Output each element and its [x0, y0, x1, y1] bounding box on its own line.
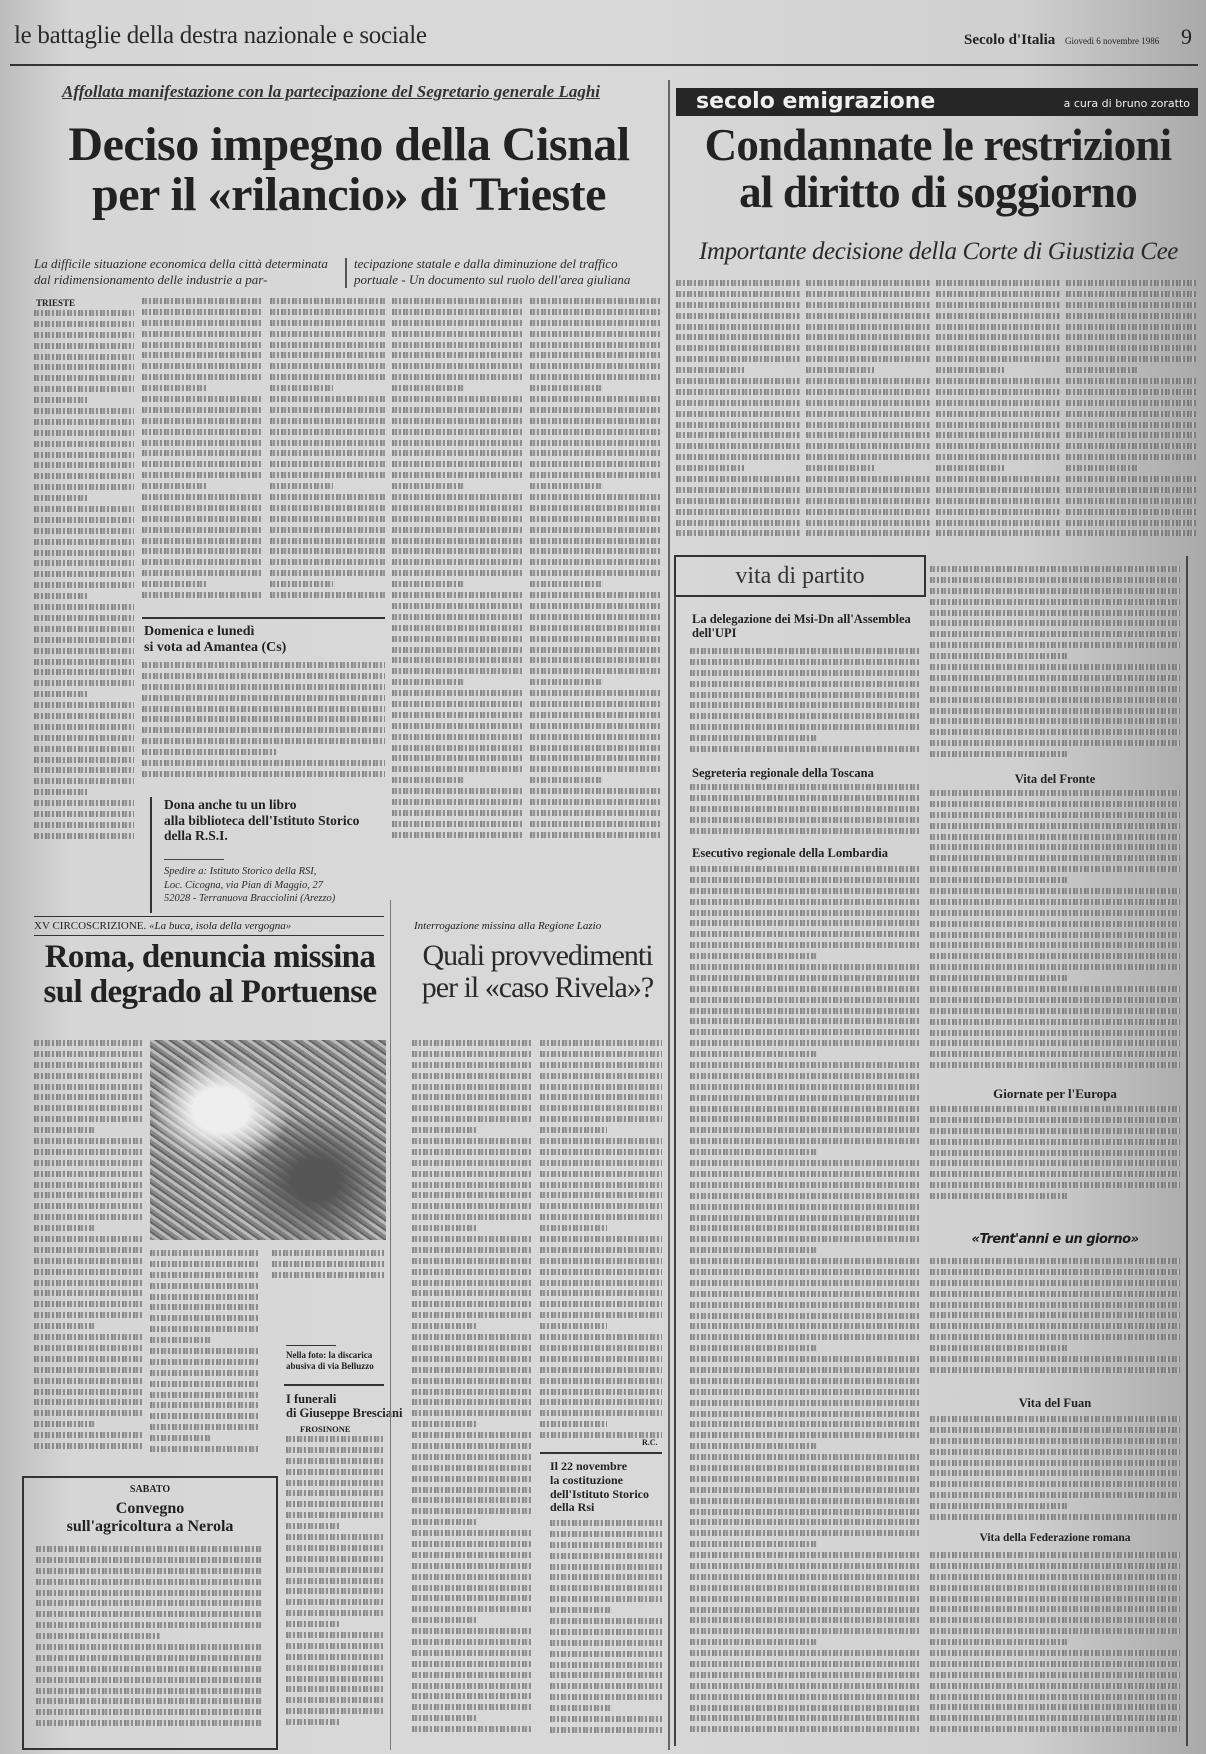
- caption-rule: [286, 1345, 336, 1346]
- emigration-banner: secolo emigrazione a cura di bruno zorat…: [676, 88, 1198, 116]
- rsi-headline: Il 22 novembre la costituzione dell'Isti…: [550, 1460, 649, 1515]
- rsi-headline-line4: della Rsi: [550, 1501, 649, 1515]
- paper-info: Secolo d'Italia Giovedì 6 novembre 1986 …: [964, 24, 1192, 50]
- photo-caption: Nella foto: la discarica abusiva di via …: [286, 1350, 386, 1372]
- lazio-headline-line1: Quali provvedimenti: [410, 940, 665, 972]
- section-vita-fuan-body: [930, 1416, 1180, 1526]
- convegno-headline-line2: sull'agricoltura a Nerola: [24, 1518, 276, 1536]
- book-box-address-line3: 52028 - Terranuova Bracciolini (Arezzo): [164, 892, 335, 906]
- party-item-headline-1: La delegazione dei Msi-Dn all'Assemblea …: [692, 612, 912, 641]
- funerali-body: [286, 1436, 384, 1736]
- convegno-headline: Convegno sull'agricoltura a Nerola: [24, 1500, 276, 1537]
- lazio-body-col1: [412, 1040, 532, 1745]
- emigration-body-col3: [936, 280, 1060, 545]
- paper-name: Secolo d'Italia: [964, 32, 1055, 48]
- emigration-banner-title: secolo emigrazione: [696, 89, 935, 114]
- emigration-body-col1: [676, 280, 800, 545]
- section-vita-fuan-title: Vita del Fuan: [930, 1396, 1180, 1411]
- amantea-headline-line2: si vota ad Amantea (Cs): [144, 640, 286, 656]
- roma-kicker-caps: XV CIRCOSCRIZIONE.: [34, 920, 146, 932]
- masthead-rule: [10, 64, 1198, 66]
- lazio-signature: R.C.: [642, 1438, 658, 1447]
- roma-kicker-rule: [34, 935, 384, 936]
- issue-date: Giovedì 6 novembre 1986: [1065, 36, 1159, 46]
- funerali-headline-line2: di Giuseppe Bresciani: [286, 1406, 402, 1420]
- funerali-rule: [284, 1384, 384, 1386]
- book-donation-box: Dona anche tu un libro alla biblioteca d…: [150, 797, 387, 913]
- party-life-left-rule: [674, 596, 676, 1746]
- lazio-headline-line2: per il «caso Rivela»?: [410, 972, 665, 1004]
- party-item-body-2: [690, 784, 920, 844]
- section-federazione-romana-title: Vita della Federazione romana: [930, 1532, 1180, 1544]
- main-body-col2: [142, 298, 262, 610]
- roma-body-col1: [34, 1040, 144, 1460]
- convegno-headline-line1: Convegno: [24, 1500, 276, 1518]
- main-subtitle-right: tecipazione statale e dalla diminuzione …: [354, 256, 664, 289]
- funerali-dateline: FROSINONE: [300, 1424, 351, 1434]
- section-divider: [668, 80, 670, 1750]
- main-headline: Deciso impegno della Cisnal per il «rila…: [34, 120, 664, 221]
- main-body-col5: [530, 298, 662, 843]
- rsi-rule: [540, 1452, 662, 1454]
- emigration-headline: Condannate le restrizioni al diritto di …: [674, 122, 1202, 217]
- convegno-day: SABATO: [24, 1484, 276, 1495]
- section-vita-fronte-body: [930, 790, 1180, 1080]
- rsi-headline-line1: Il 22 novembre: [550, 1460, 649, 1474]
- main-dateline: TRIESTE: [36, 298, 75, 308]
- section-federazione-romana-body: [930, 1552, 1180, 1746]
- book-box-title-line3: della R.S.I.: [164, 828, 359, 844]
- emigration-banner-credit: a cura di bruno zoratto: [1064, 97, 1190, 110]
- convegno-box: SABATO Convegno sull'agricoltura a Nerol…: [22, 1476, 278, 1750]
- section-trentanni-body: [930, 1258, 1180, 1388]
- main-subtitle-left: La difficile situazione economica della …: [34, 256, 339, 289]
- main-kicker: Affollata manifestazione con la partecip…: [62, 82, 600, 102]
- amantea-rule: [142, 617, 385, 619]
- emigration-subtitle: Importante decisione della Corte di Gius…: [676, 238, 1201, 266]
- roma-headline: Roma, denuncia missina sul degrado al Po…: [30, 940, 390, 1009]
- emigration-body-col2: [806, 280, 930, 545]
- book-box-address-line1: Spedire a: Istituto Storico della RSI,: [164, 865, 335, 879]
- emigration-body-col4: [1066, 280, 1196, 545]
- main-headline-line2: per il «rilancio» di Trieste: [34, 170, 664, 220]
- party-life-banner: vita di partito: [674, 555, 926, 597]
- degrado-photo: [150, 1040, 386, 1240]
- book-box-title-line2: alla biblioteca dell'Istituto Storico: [164, 813, 359, 829]
- lazio-kicker: Interrogazione missina alla Regione Lazi…: [414, 920, 601, 932]
- section-vita-fronte-title: Vita del Fronte: [930, 772, 1180, 787]
- lazio-body-col2: [540, 1040, 662, 1445]
- page-number: 9: [1181, 24, 1192, 49]
- emigration-headline-line2: al diritto di soggiorno: [674, 169, 1202, 216]
- rsi-headline-line3: dell'Istituto Storico: [550, 1488, 649, 1502]
- roma-kicker: XV CIRCOSCRIZIONE. «La buca, isola della…: [34, 920, 291, 932]
- main-headline-line1: Deciso impegno della Cisnal: [34, 120, 664, 170]
- main-body-col1: [34, 310, 134, 845]
- section-giornate-europa-body: [930, 1106, 1180, 1206]
- emigration-headline-line1: Condannate le restrizioni: [674, 122, 1202, 169]
- funerali-headline-line1: I funerali: [286, 1392, 402, 1406]
- main-body-col4: [392, 298, 522, 843]
- rsi-headline-line2: la costituzione: [550, 1474, 649, 1488]
- book-box-rule: [164, 859, 224, 860]
- amantea-headline-line1: Domenica e lunedì: [144, 624, 286, 640]
- rsi-body: [550, 1520, 662, 1745]
- party-item-headline-3: Esecutivo regionale della Lombardia: [692, 846, 888, 860]
- main-body-col3: [270, 298, 385, 610]
- roma-headline-line2: sul degrado al Portuense: [30, 975, 390, 1010]
- party-life-title: vita di partito: [676, 557, 924, 595]
- funerali-headline: I funerali di Giuseppe Bresciani: [286, 1392, 402, 1421]
- amantea-headline: Domenica e lunedì si vota ad Amantea (Cs…: [144, 624, 286, 656]
- party-item-body-1: [690, 648, 920, 758]
- book-box-address: Spedire a: Istituto Storico della RSI, L…: [164, 865, 335, 906]
- book-box-title-line1: Dona anche tu un libro: [164, 797, 359, 813]
- book-box-address-line2: Loc. Cicogna, via Pian di Maggio, 27: [164, 879, 335, 893]
- column-divider: [390, 900, 391, 1750]
- roma-body-col2: [150, 1250, 260, 1460]
- book-box-title: Dona anche tu un libro alla biblioteca d…: [164, 797, 359, 844]
- roma-body-col3: [272, 1250, 384, 1290]
- party-city-entries: [690, 866, 920, 1746]
- convegno-body: [36, 1546, 262, 1742]
- subtitle-divider: [345, 258, 347, 288]
- section-title: le battaglie della destra nazionale e so…: [14, 22, 427, 50]
- roma-top-rule: [34, 916, 384, 917]
- section-trentanni-title: «Trent'anni e un giorno»: [930, 1232, 1180, 1247]
- amantea-body: [142, 662, 385, 792]
- right-city-entries: [930, 566, 1180, 766]
- right-border: [1186, 556, 1188, 1746]
- roma-headline-line1: Roma, denuncia missina: [30, 940, 390, 975]
- party-item-headline-2: Segreteria regionale della Toscana: [692, 766, 874, 780]
- roma-kicker-italic: «La buca, isola della vergogna»: [149, 920, 291, 932]
- lazio-headline: Quali provvedimenti per il «caso Rivela»…: [410, 940, 665, 1003]
- newspaper-page: le battaglie della destra nazionale e so…: [0, 0, 1206, 1754]
- section-giornate-europa-title: Giornate per l'Europa: [930, 1086, 1180, 1102]
